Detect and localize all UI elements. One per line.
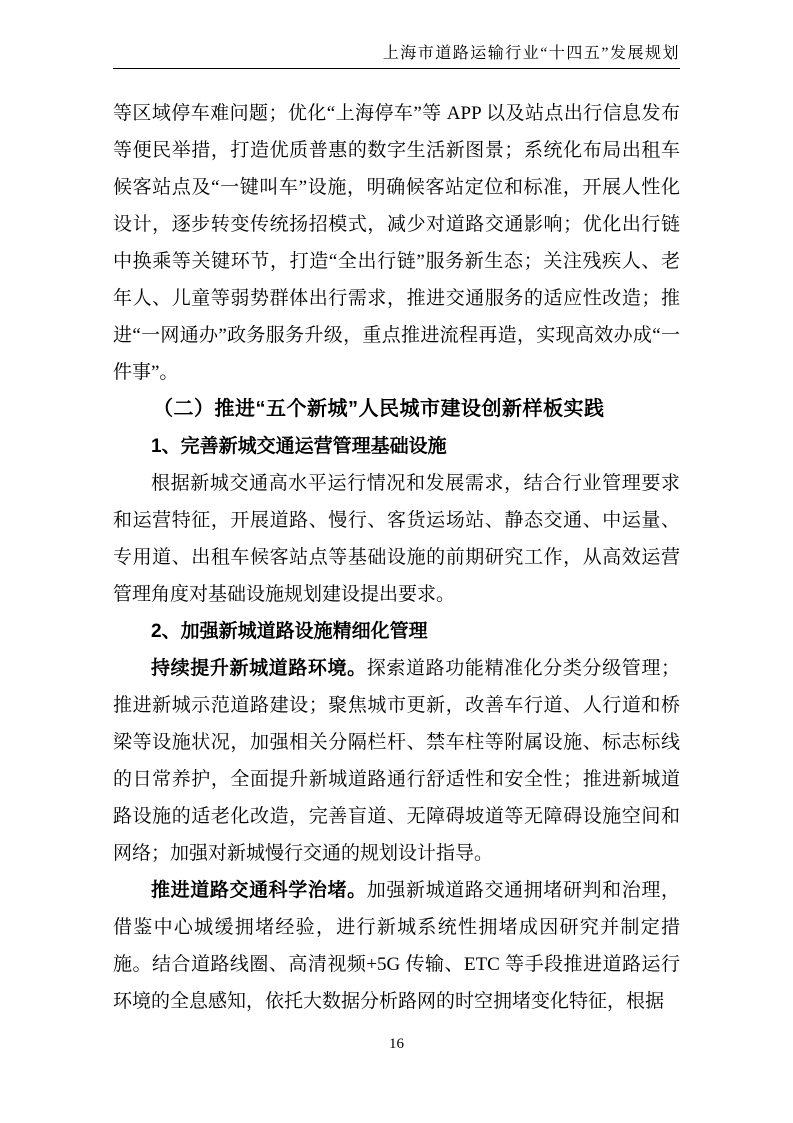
page-number: 16 <box>389 1036 404 1052</box>
header-title: 上海市道路运输行业“十四五”发展规划 <box>383 45 680 62</box>
page-footer: 16 <box>0 1034 793 1054</box>
subsection-heading-1: 1、完善新城交通运营管理基础设施 <box>113 428 680 465</box>
document-page: 上海市道路运输行业“十四五”发展规划 等区域停车难问题；优化“上海停车”等 AP… <box>0 0 793 1123</box>
bold-lead-road-environment: 持续提升新城道路环境。 <box>151 658 367 679</box>
paragraph-new-town-infrastructure: 根据新城交通高水平运行情况和发展需求，结合行业管理要求和运营特征，开展道路、慢行… <box>113 465 680 613</box>
document-body: 等区域停车难问题；优化“上海停车”等 APP 以及站点出行信息发布等便民举措，打… <box>113 95 680 1020</box>
paragraph-text: 探索道路功能精准化分类分级管理；推进新城示范道路建设；聚焦城市更新，改善车行道、… <box>113 658 680 864</box>
page-header: 上海市道路运输行业“十四五”发展规划 <box>113 44 680 69</box>
section-heading: （二）推进“五个新城”人民城市建设创新样板实践 <box>113 391 680 428</box>
bold-lead-congestion-control: 推进道路交通科学治堵。 <box>151 880 367 901</box>
paragraph-road-environment: 持续提升新城道路环境。探索道路功能精准化分类分级管理；推进新城示范道路建设；聚焦… <box>113 650 680 872</box>
subsection-heading-2: 2、加强新城道路设施精细化管理 <box>113 613 680 650</box>
paragraph-continuation: 等区域停车难问题；优化“上海停车”等 APP 以及站点出行信息发布等便民举措，打… <box>113 95 680 391</box>
paragraph-congestion-control: 推进道路交通科学治堵。加强新城道路交通拥堵研判和治理，借鉴中心城缓拥堵经验，进行… <box>113 872 680 1020</box>
